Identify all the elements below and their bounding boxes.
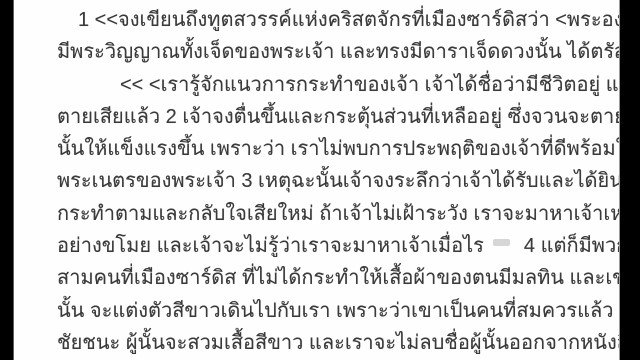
marker-chip-icon (493, 239, 510, 246)
text-line: มีพระวิญญาณทั้งเจ็ดของพระเจ้า และทรงมีดา… (57, 36, 581, 68)
text-line: ชัยชนะ ผู้นั้นจะสวมเสื้อสีขาว และเราจะไม… (57, 327, 581, 359)
letterbox-bar-right (619, 0, 640, 360)
text-line: นั้นให้แข็งแรงขึ้น เพราะว่า เราไม่พบการป… (57, 133, 581, 165)
text-line: สามคนที่เมืองซาร์ดิส ที่ไม่ได้กระทำให้เส… (57, 262, 581, 294)
text-line-content: นั้นให้แข็งแรงขึ้น เพราะว่า เราไม่พบการป… (57, 138, 640, 160)
text-line: กระทำตามและกลับใจเสียใหม่ ถ้าเจ้าไม่เฝ้า… (57, 198, 581, 230)
text-line: พระเนตรของพระเจ้า 3 เหตุฉะนั้นเจ้าจงระลึ… (57, 165, 581, 197)
text-line: << <เรารู้จักแนวการกระทำของเจ้า เจ้าได้ช… (57, 69, 581, 101)
text-line-content: ตายเสียแล้ว 2 เจ้าจงตื่นขึ้นและกระตุ้นส่… (57, 106, 640, 128)
letterbox-bar-left (0, 0, 14, 360)
text-line-content: มีพระวิญญาณทั้งเจ็ดของพระเจ้า และทรงมีดา… (57, 41, 640, 63)
text-line-content: กระทำตามและกลับใจเสียใหม่ ถ้าเจ้าไม่เฝ้า… (57, 203, 640, 225)
text-line-content: สามคนที่เมืองซาร์ดิส ที่ไม่ได้กระทำให้เส… (57, 267, 640, 289)
text-line: อย่างขโมย และเจ้าจะไม่รู้ว่าเราจะมาหาเจ้… (57, 230, 581, 262)
video-frame: 1 <<จงเขียนถึงทูตสวรรค์แห่งคริสตจักรที่เ… (0, 0, 640, 360)
text-line-content: << <เรารู้จักแนวการกระทำของเจ้า เจ้าได้ช… (120, 74, 640, 96)
text-line-content: ชัยชนะ ผู้นั้นจะสวมเสื้อสีขาว และเราจะไม… (57, 332, 640, 354)
text-line-content: พระเนตรของพระเจ้า 3 เหตุฉะนั้นเจ้าจงระลึ… (57, 170, 640, 192)
text-line: ตายเสียแล้ว 2 เจ้าจงตื่นขึ้นและกระตุ้นส่… (57, 101, 581, 133)
text-line-content: 1 <<จงเขียนถึงทูตสวรรค์แห่งคริสตจักรที่เ… (78, 9, 640, 31)
text-line-content: นั้น จะแต่งตัวสีขาวเดินไปกับเรา เพราะว่า… (57, 300, 640, 322)
text-line: นั้น จะแต่งตัวสีขาวเดินไปกับเรา เพราะว่า… (57, 295, 581, 327)
text-line-content: อย่างขโมย และเจ้าจะไม่รู้ว่าเราจะมาหาเจ้… (57, 235, 484, 257)
text-line: 1 <<จงเขียนถึงทูตสวรรค์แห่งคริสตจักรที่เ… (57, 4, 581, 36)
document-page: 1 <<จงเขียนถึงทูตสวรรค์แห่งคริสตจักรที่เ… (57, 4, 581, 359)
